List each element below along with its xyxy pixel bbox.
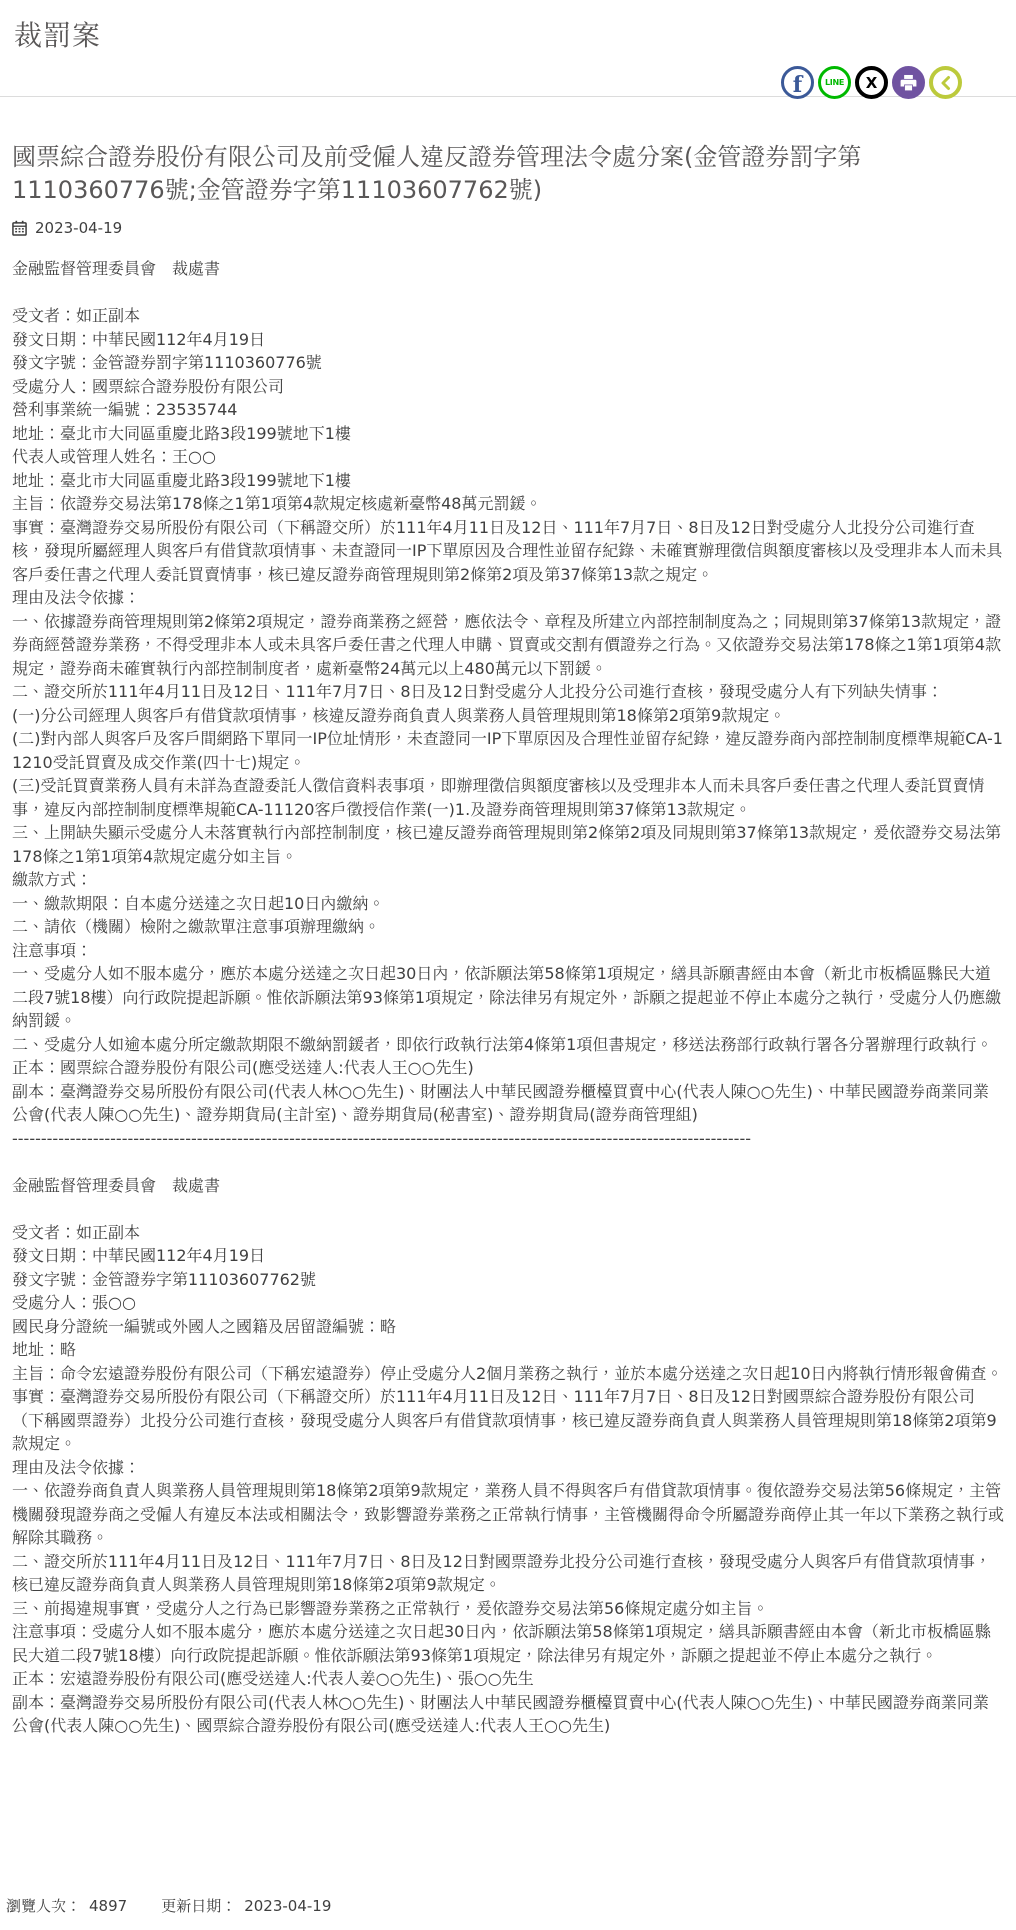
doc-line: 二、證交所於111年4月11日及12日、111年7月7日、8日及12日對受處分人…	[12, 680, 1004, 704]
doc-line: 副本：臺灣證券交易所股份有限公司(代表人林○○先生)、財團法人中華民國證券櫃檯買…	[12, 1691, 1004, 1738]
doc-line: 一、繳款期限：自本處分送達之次日起10日內繳納。	[12, 892, 1004, 916]
line-text-glyph: LINE	[825, 78, 844, 87]
page-footer: 瀏覽人次： 4897 更新日期： 2023-04-19	[0, 1885, 1016, 1930]
doc-line: 三、上開缺失顯示受處分人未落實執行內部控制制度，核已違反證券商管理規則第2條第2…	[12, 821, 1004, 868]
doc-line: (一)分公司經理人與客戶有借貸款項情事，核違反證券商負責人與業務人員管理規則第1…	[12, 704, 1004, 728]
calendar-icon	[12, 220, 27, 236]
back-icon[interactable]	[929, 66, 962, 99]
views-count: 4897	[89, 1897, 127, 1915]
doc-line	[12, 1150, 1004, 1174]
doc-line: 正本：宏遠證券股份有限公司(應受送達人:代表人姜○○先生)、張○○先生	[12, 1667, 1004, 1691]
doc-line: 主旨：依證券交易法第178條之1第1項第4款規定核處新臺幣48萬元罰鍰。	[12, 492, 1004, 516]
doc-line: 受文者：如正副本	[12, 1221, 1004, 1245]
line-share-icon[interactable]: LINE	[818, 66, 851, 99]
printer-icon[interactable]	[892, 66, 925, 99]
facebook-f-glyph: f	[793, 74, 802, 96]
doc-line: 地址：臺北市大同區重慶北路3段199號地下1樓	[12, 422, 1004, 446]
article: 國票綜合證券股份有限公司及前受僱人違反證券管理法令處分案(金管證券罰字第1110…	[0, 97, 1016, 1738]
x-share-icon[interactable]: X	[855, 66, 888, 99]
doc-line: 受處分人：國票綜合證券股份有限公司	[12, 375, 1004, 399]
doc-line: 正本：國票綜合證券股份有限公司(應受送達人:代表人王○○先生)	[12, 1056, 1004, 1080]
page: 裁罰案 f LINE X	[0, 0, 1016, 1930]
doc-line: 發文日期：中華民國112年4月19日	[12, 328, 1004, 352]
doc-line: 一、依據證券商管理規則第2條第2項規定，證券商業務之經營，應依法令、章程及所建立…	[12, 610, 1004, 681]
publish-date: 2023-04-19	[35, 219, 122, 237]
doc-line: ----------------------------------------…	[12, 1127, 1004, 1151]
doc-line: 金融監督管理委員會 裁處書	[12, 257, 1004, 281]
doc-line: 主旨：命令宏遠證券股份有限公司（下稱宏遠證券）停止受處分人2個月業務之執行，並於…	[12, 1362, 1004, 1386]
facebook-share-icon[interactable]: f	[781, 66, 814, 99]
updated-label: 更新日期：	[161, 1895, 236, 1916]
publish-date-row: 2023-04-19	[12, 219, 1004, 237]
doc-line: 發文字號：金管證券罰字第1110360776號	[12, 351, 1004, 375]
doc-line: 營利事業統一編號：23535744	[12, 398, 1004, 422]
doc-line: 理由及法令依據：	[12, 586, 1004, 610]
doc-line: 發文字號：金管證券字第11103607762號	[12, 1268, 1004, 1292]
doc-line: 地址：略	[12, 1338, 1004, 1362]
page-title: 裁罰案	[14, 14, 1004, 54]
updated-date: 2023-04-19	[244, 1897, 331, 1915]
doc-line: (二)對內部人與客戶及客戶間網路下單同一IP位址情形，未查證同一IP下單原因及合…	[12, 727, 1004, 774]
doc-line: 事實：臺灣證券交易所股份有限公司（下稱證交所）於111年4月11日及12日、11…	[12, 516, 1004, 587]
page-header: 裁罰案 f LINE X	[0, 0, 1016, 97]
doc-line: 地址：臺北市大同區重慶北路3段199號地下1樓	[12, 469, 1004, 493]
printer-glyph	[899, 73, 918, 92]
share-toolbar: f LINE X	[14, 66, 1004, 99]
doc-line: 三、前揭違規事實，受處分人之行為已影響證券業務之正常執行，爰依證券交易法第56條…	[12, 1597, 1004, 1621]
x-glyph: X	[866, 74, 878, 92]
doc-line: 受處分人：張○○	[12, 1291, 1004, 1315]
doc-line: 二、證交所於111年4月11日及12日、111年7月7日、8日及12日對國票證券…	[12, 1550, 1004, 1597]
doc-line: 注意事項：受處分人如不服本處分，應於本處分送達之次日起30日內，依訴願法第58條…	[12, 1620, 1004, 1667]
doc-line: (三)受託買賣業務人員有未詳為查證委託人徵信資料表事項，即辦理徵信與額度審核以及…	[12, 774, 1004, 821]
doc-line: 二、請依（機關）檢附之繳款單注意事項辦理繳納。	[12, 915, 1004, 939]
doc-line: 代表人或管理人姓名：王○○	[12, 445, 1004, 469]
doc-line	[12, 1197, 1004, 1221]
case-title: 國票綜合證券股份有限公司及前受僱人違反證券管理法令處分案(金管證券罰字第1110…	[12, 141, 992, 207]
chevron-left-glyph	[937, 74, 955, 92]
doc-line: 受文者：如正副本	[12, 304, 1004, 328]
document-body: 金融監督管理委員會 裁處書 受文者：如正副本 發文日期：中華民國112年4月19…	[12, 257, 1004, 1738]
doc-line: 繳款方式：	[12, 868, 1004, 892]
doc-line	[12, 281, 1004, 305]
doc-line: 金融監督管理委員會 裁處書	[12, 1174, 1004, 1198]
doc-line: 注意事項：	[12, 939, 1004, 963]
doc-line: 二、受處分人如逾本處分所定繳款期限不繳納罰鍰者，即依行政執行法第4條第1項但書規…	[12, 1033, 1004, 1057]
doc-line: 發文日期：中華民國112年4月19日	[12, 1244, 1004, 1268]
doc-line: 國民身分證統一編號或外國人之國籍及居留證編號：略	[12, 1315, 1004, 1339]
doc-line: 理由及法令依據：	[12, 1456, 1004, 1480]
doc-line: 一、受處分人如不服本處分，應於本處分送達之次日起30日內，依訴願法第58條第1項…	[12, 962, 1004, 1033]
views-label: 瀏覽人次：	[6, 1895, 81, 1916]
doc-line: 事實：臺灣證券交易所股份有限公司（下稱證交所）於111年4月11日及12日、11…	[12, 1385, 1004, 1456]
doc-line: 一、依證券商負責人與業務人員管理規則第18條第2項第9款規定，業務人員不得與客戶…	[12, 1479, 1004, 1550]
doc-line: 副本：臺灣證券交易所股份有限公司(代表人林○○先生)、財團法人中華民國證券櫃檯買…	[12, 1080, 1004, 1127]
